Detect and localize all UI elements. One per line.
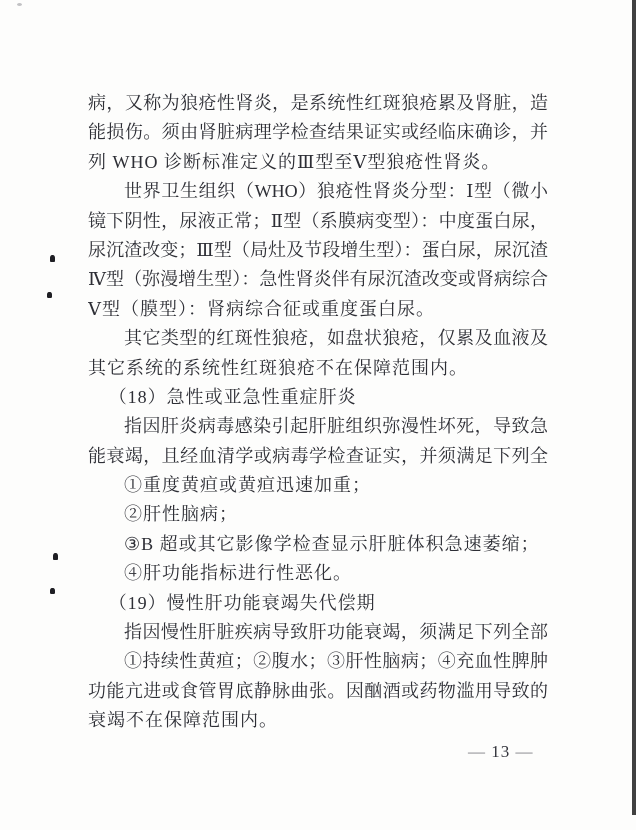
text-line: 能损伤。须由肾脏病理学检查结果证实或经临床确诊，并符合下: [88, 118, 548, 147]
scan-edge-line: [632, 0, 636, 815]
text-line: 世界卫生组织（WHO）狼疮性肾炎分型：Ⅰ型（微小病变型）：: [88, 177, 548, 206]
section-heading: （18）急性或亚急性重症肝炎: [88, 383, 548, 412]
text-line: ①持续性黄疸；②腹水；③肝性脑病；④充血性脾肿大伴脾: [88, 647, 548, 676]
text-line: 尿沉渣改变；Ⅲ型（局灶及节段增生型）：蛋白尿，尿沉渣改变；: [88, 236, 548, 265]
text-line: 病，又称为狼疮性肾炎，是系统性红斑狼疮累及肾脏，造成肾功: [88, 89, 548, 118]
page-number-value: 13: [491, 742, 510, 761]
page-number-dash-right: —: [516, 742, 534, 761]
page-number: — 13 —: [468, 742, 548, 762]
text-line: 指因慢性肝脏疾病导致肝功能衰竭，须满足下列全部条件：: [88, 618, 548, 647]
text-line: 功能亢进或食管胃底静脉曲张。因酗酒或药物滥用导致的肝功能: [88, 677, 548, 706]
section-heading: （19）慢性肝功能衰竭失代偿期: [88, 589, 548, 618]
text-line: 其它系统的系统性红斑狼疮不在保障范围内。: [88, 354, 548, 383]
page-number-dash-left: —: [468, 742, 486, 761]
scan-speck: [17, 3, 22, 6]
text-line: 指因肝炎病毒感染引起肝脏组织弥漫性坏死，导致急性肝功: [88, 412, 548, 441]
scan-speck: [47, 292, 52, 298]
list-item: ②肝性脑病；: [88, 500, 548, 529]
document-body: 病，又称为狼疮性肾炎，是系统性红斑狼疮累及肾脏，造成肾功 能损伤。须由肾脏病理学…: [88, 89, 548, 736]
text-line: Ⅳ型（弥漫增生型）：急性肾炎伴有尿沉渣改变或肾病综合征；: [88, 265, 548, 294]
text-line: 列 WHO 诊断标准定义的Ⅲ型至Ⅴ型狼疮性肾炎。: [88, 148, 548, 177]
scan-speck: [53, 553, 58, 560]
text-line: 衰竭不在保障范围内。: [88, 706, 548, 735]
scan-speck: [50, 255, 55, 262]
scan-speck: [50, 588, 55, 594]
text-line: Ⅴ型（膜型）：肾病综合征或重度蛋白尿。: [88, 295, 548, 324]
text-line: 镜下阴性，尿液正常；Ⅱ型（系膜病变型）：中度蛋白尿，偶有: [88, 207, 548, 236]
document-page: 病，又称为狼疮性肾炎，是系统性红斑狼疮累及肾脏，造成肾功 能损伤。须由肾脏病理学…: [0, 0, 636, 830]
list-item: ①重度黄疸或黄疸迅速加重；: [88, 471, 548, 500]
list-item: ④肝功能指标进行性恶化。: [88, 559, 548, 588]
text-line: 能衰竭，且经血清学或病毒学检查证实，并须满足下列全部条件：: [88, 442, 548, 471]
text-line: 其它类型的红斑性狼疮，如盘状狼疮，仅累及血液及关节等: [88, 324, 548, 353]
list-item: ③B 超或其它影像学检查显示肝脏体积急速萎缩；: [88, 530, 548, 559]
